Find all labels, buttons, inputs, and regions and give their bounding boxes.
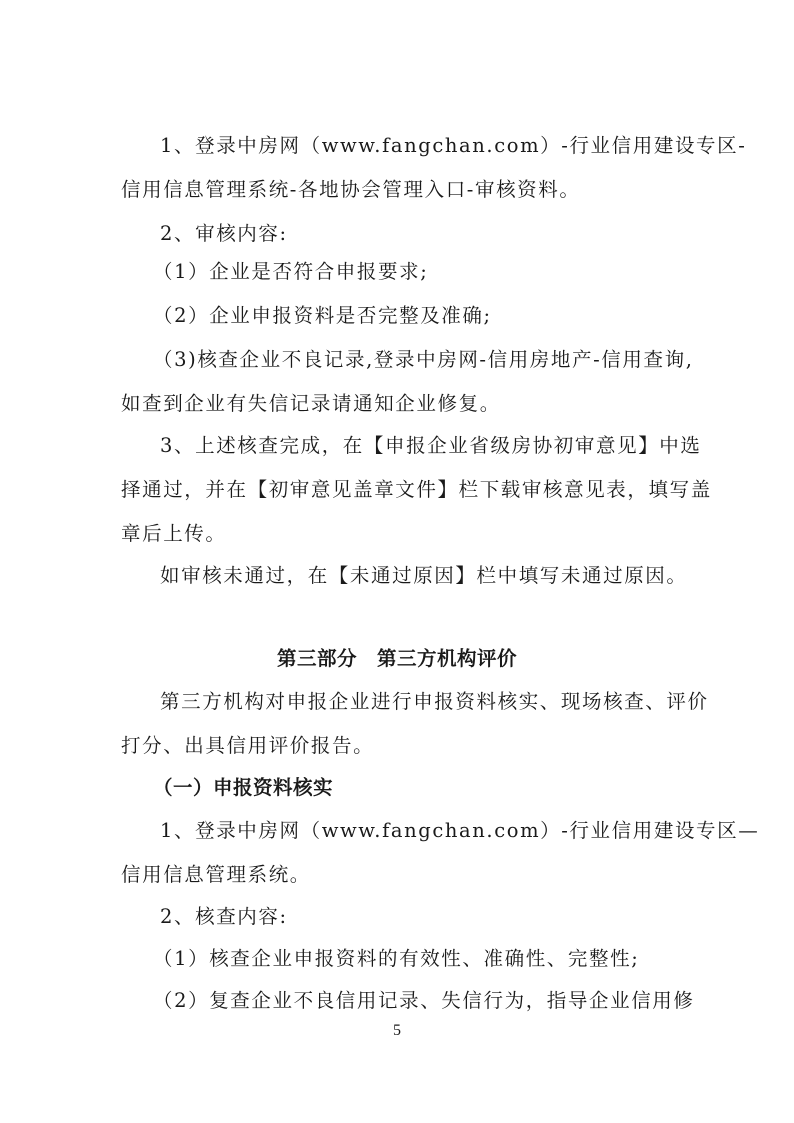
page-number: 5	[0, 1022, 794, 1040]
paragraph-line: 2、核查内容:	[160, 903, 681, 931]
paragraph-line: （1）核查企业申报资料的有效性、准确性、完整性;	[153, 945, 713, 973]
section-title: 第三部分 第三方机构评价	[0, 645, 794, 673]
paragraph-line: 如查到企业有失信记录请通知企业修复。	[121, 390, 681, 418]
paragraph-line: 第三方机构对申报企业进行申报资料核实、现场核查、评价	[160, 688, 681, 716]
paragraph-line: （1）企业是否符合申报要求;	[153, 258, 713, 286]
paragraph-line: 章后上传。	[121, 520, 681, 548]
paragraph-line: 信用信息管理系统-各地协会管理入口-审核资料。	[121, 176, 681, 204]
paragraph-line: （3)核查企业不良记录,登录中房网-信用房地产-信用查询,	[153, 346, 713, 374]
paragraph-line: 1、登录中房网（www.fangchan.com）-行业信用建设专区-	[160, 132, 681, 160]
paragraph-line: （2）复查企业不良信用记录、失信行为，指导企业信用修	[153, 987, 713, 1015]
paragraph-line: 2、审核内容:	[160, 220, 681, 248]
subsection-title: （一）申报资料核实	[153, 774, 713, 802]
paragraph-line: 3、上述核查完成，在【申报企业省级房协初审意见】中选	[160, 432, 681, 460]
paragraph-line: （2）企业申报资料是否完整及准确;	[153, 302, 713, 330]
paragraph-line: 打分、出具信用评价报告。	[121, 732, 681, 760]
paragraph-line: 择通过，并在【初审意见盖章文件】栏下载审核意见表，填写盖	[121, 476, 681, 504]
paragraph-line: 如审核未通过，在【未通过原因】栏中填写未通过原因。	[160, 562, 681, 590]
document-page: 1、登录中房网（www.fangchan.com）-行业信用建设专区- 信用信息…	[0, 0, 794, 1123]
paragraph-line: 信用信息管理系统。	[121, 861, 681, 889]
paragraph-line: 1、登录中房网（www.fangchan.com）-行业信用建设专区—	[160, 817, 681, 845]
